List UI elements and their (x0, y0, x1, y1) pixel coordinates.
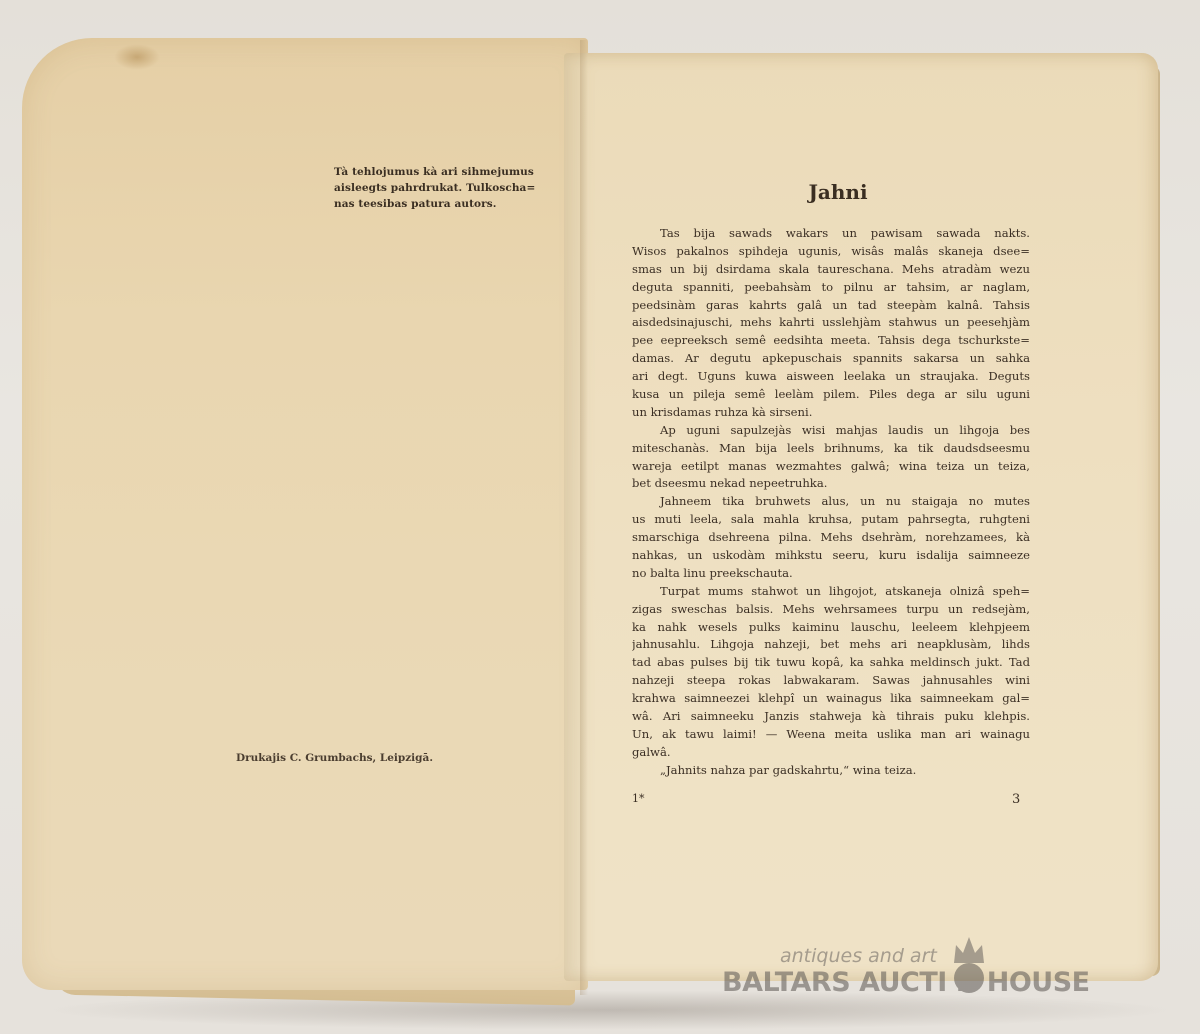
text-line: deguta spanniti, peebahsàm to pilnu ar t… (632, 279, 1030, 297)
text-line: jahnusahlu. Lihgoja nahzeji, bet mehs ar… (632, 636, 1030, 654)
notice-line: Tà tehlojumus kà ari sihmejumus (334, 164, 534, 180)
text-line: peedsinàm garas kahrts galâ un tad steep… (632, 297, 1030, 315)
text-line: damas. Ar degutu apkepuschais spannits s… (632, 350, 1030, 368)
text-line: aisdedsinajuschi, mehs kahrti usslehjàm … (632, 314, 1030, 332)
text-line: bet dseesmu nekad nepeetruhka. (632, 475, 1030, 493)
text-line: nahzeji steepa rokas labwakaram. Sawas j… (632, 672, 1030, 690)
notice-line: nas teesibas patura autors. (334, 196, 534, 212)
text-line: zigas sweschas balsis. Mehs wehrsamees t… (632, 601, 1030, 619)
notice-line: aisleegts pahrdrukat. Tulkoschа= (334, 180, 534, 196)
text-line: tad abas pulses bij tik tuwu kopâ, ka sa… (632, 654, 1030, 672)
text-line: us muti leela, sala mahla kruhsa, putam … (632, 511, 1030, 529)
text-line: smas un bij dsirdama skala taureschana. … (632, 261, 1030, 279)
text-line: Ap uguni sapulzejàs wisi mahjas laudis u… (632, 422, 1030, 440)
chapter-title: Jahni (800, 180, 876, 204)
chapter-body: Tas bija sawads wakars un pawisam sawada… (632, 225, 1030, 780)
orb-icon (954, 963, 984, 993)
signature-mark: 1* (632, 792, 645, 805)
book-spine (580, 40, 588, 995)
text-line: smarschiga dsehreena pilna. Mehs dsehràm… (632, 529, 1030, 547)
text-line: „Jahnits nahza par gadskahrtu,“ wina tei… (632, 762, 1030, 780)
auction-house-watermark: antiques and art BALTARS AUCTI N HOUSE (722, 945, 1122, 1005)
text-line: Jahneem tika bruhwets alus, un nu staiga… (632, 493, 1030, 511)
page-number: 3 (1012, 792, 1020, 807)
text-line: wareja eetilpt manas wezmahtes galwâ; wi… (632, 458, 1030, 476)
text-line: ka nahk wesels pulks kaiminu lauschu, le… (632, 619, 1030, 637)
text-line: miteschanàs. Man bija leels brihnums, ka… (632, 440, 1030, 458)
text-line: nahkas, un uskodàm mihkstu seeru, kuru i… (632, 547, 1030, 565)
copyright-notice: Tà tehlojumus kà ari sihmejumus aisleegt… (334, 164, 534, 212)
text-line: krahwa saimneezei klehpî un wainagus lik… (632, 690, 1030, 708)
text-line: galwâ. (632, 744, 1030, 762)
text-line: kusa un pileja semê leelàm pilem. Piles … (632, 386, 1030, 404)
text-line: un krisdamas ruhza kà sirseni. (632, 404, 1030, 422)
text-line: Tas bija sawads wakars un pawisam sawada… (632, 225, 1030, 243)
text-line: wâ. Ari saimneeku Janzis stahweja kà tih… (632, 708, 1030, 726)
text-line: Wisos pakalnos spihdeja ugunis, wisâs ma… (632, 243, 1030, 261)
watermark-name: BALTARS AUCTI N HOUSE (722, 967, 1090, 998)
text-line: Turpat mums stahwot un lihgojot, atskane… (632, 583, 1030, 601)
text-line: pee eepreeksch semê eedsihta meeta. Tahs… (632, 332, 1030, 350)
printer-imprint: Drukajis C. Grumbachs, Leipzigā. (236, 752, 433, 764)
watermark-tagline: antiques and art (780, 945, 937, 967)
text-line: ari degt. Uguns kuwa aisween leelaka un … (632, 368, 1030, 386)
crown-icon (952, 937, 986, 965)
text-line: Un, ak tawu laimi! — Weena meita uslika … (632, 726, 1030, 744)
text-line: no balta linu preekschauta. (632, 565, 1030, 583)
